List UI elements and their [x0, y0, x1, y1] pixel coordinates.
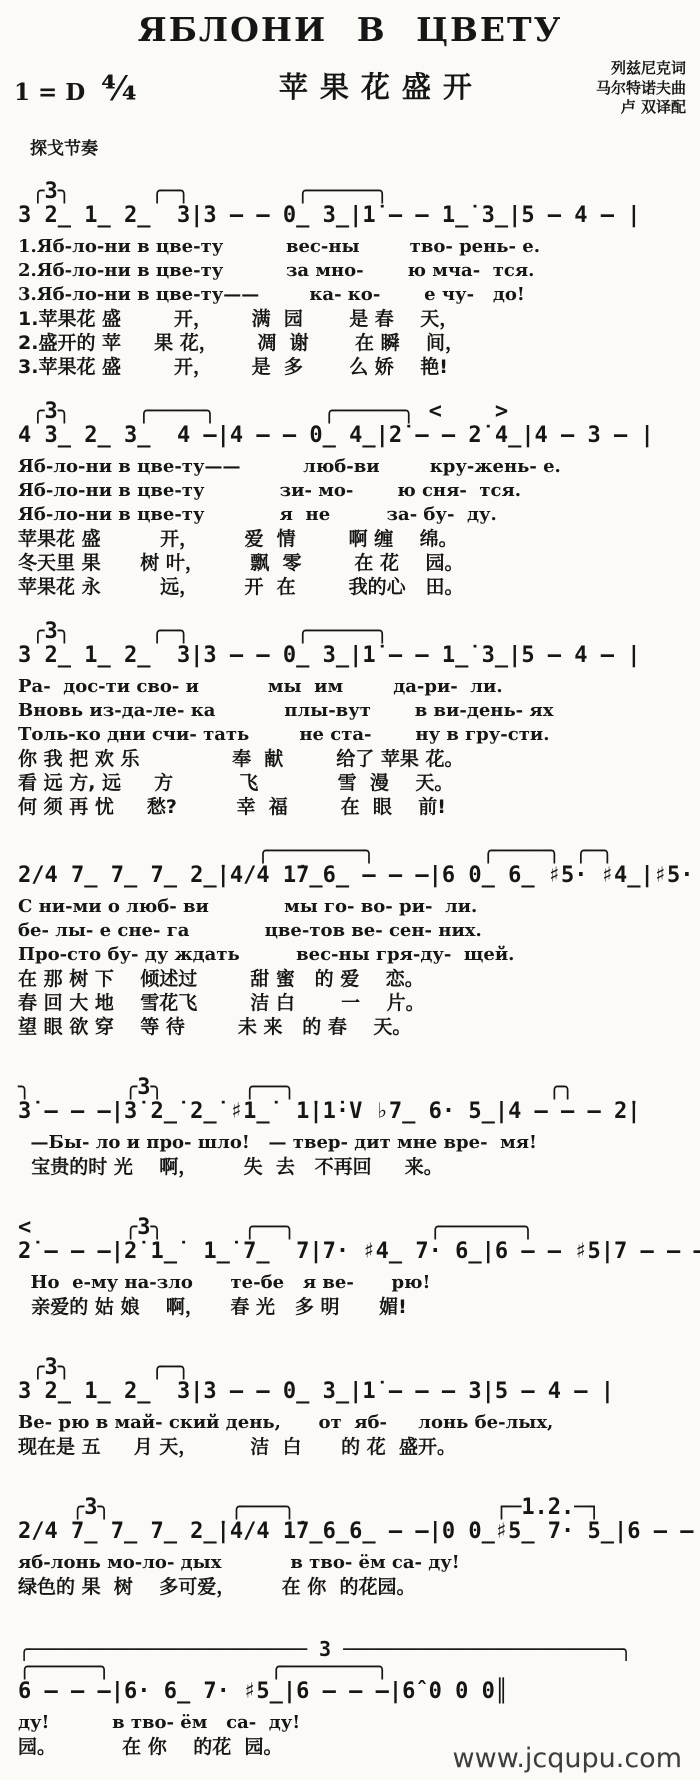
lyric-line-zh: 何 须 再 忧 愁? 幸 福 在 眼 前! — [18, 795, 686, 819]
ornament-line: ╭─────╮ ╭───────╮ — [18, 1659, 686, 1677]
music-line: 2/4 7̲ 7̲ 7̲ 2̲̇|4/4 1̇7̲6̲ — — —|6 0̲ 6… — [18, 861, 686, 891]
music-system-1: ╭3╮ ╭─╮ ╭─────╮ 3 2̲ 1̲ 2̲ 3|3 — — 0̲ 3̲… — [18, 183, 686, 379]
credits: 列兹尼克词 马尔特诺夫曲 卢 双译配 — [596, 53, 686, 118]
ornament-line: ╭───────╮ ╭────╮ ╭─╮ — [18, 843, 686, 861]
lyric-line-ru: —Бы- ло и про- шло! — твер- дит мне вре-… — [18, 1131, 686, 1155]
lyric-line-ru: Ве- рю в май- ский день, от яб- лонь бе-… — [18, 1411, 686, 1435]
tempo-label: 探戈节奏 — [30, 134, 686, 159]
music-line: 3 2̲ 1̲ 2̲ 3|3 — — 0̲ 3̲|1̇ — — 1̲̇ 3̲|5… — [18, 641, 686, 671]
lyric-line-ru: Яб-ло-ни в цве-ту зи- мо- ю сня- тся. — [18, 479, 686, 503]
lyrics-block: Но е-му на-зло те-бе я ве- рю! 亲爱的 姑 娘 啊… — [18, 1271, 686, 1319]
lyric-line-ru: Вновь из-да-ле- ка плы-вут в ви-день- ях — [18, 699, 686, 723]
music-line: 6 — — —|6· 6̲ 7· ♯5̲|6 — — —|6̂ 0 0 0║ — [18, 1677, 686, 1707]
credit-composer: 马尔特诺夫曲 — [596, 79, 686, 99]
lyric-line-ru: С ни-ми о люб- ви мы го- во- ри- ли. — [18, 895, 686, 919]
ornament-line: ╭3╮ ╭─╮ ╭─────╮ — [18, 623, 686, 641]
key-time-signature: 1 = D ⁴⁄₄ — [14, 53, 137, 109]
header-row: 1 = D ⁴⁄₄ 苹果花盛开 列兹尼克词 马尔特诺夫曲 卢 双译配 — [14, 53, 686, 118]
watermark-url: www.jcqupu.com — [453, 1743, 682, 1774]
lyric-line-zh: 3.苹果花 盛 开， 是 多 么 娇 艳! — [18, 355, 686, 379]
ornament-line: ╮ ╭3╮ ╭──╮ ╭╮ — [18, 1079, 686, 1097]
ornament-line: < ╭3╮ ╭──╮ ╭──────╮ — [18, 1219, 686, 1237]
ornament-line: ╭3╮ ╭─╮ ╭─────╮ — [18, 183, 686, 201]
lyric-line-zh: 你 我 把 欢 乐 奉 献 给了 苹果 花。 — [18, 747, 686, 771]
lyric-line-ru: Но е-му на-зло те-бе я ве- рю! — [18, 1271, 686, 1295]
ornament-line: ╭3╮ ╭─╮ — [18, 1359, 686, 1377]
lyric-line-zh: 春 回 大 地 雪花飞 洁 白 一 片。 — [18, 991, 686, 1015]
music-system-4: ╭───────╮ ╭────╮ ╭─╮ 2/4 7̲ 7̲ 7̲ 2̲̇|4/… — [18, 843, 686, 1039]
music-system-9: ╭─────────────────────── 3 ─────────────… — [18, 1639, 686, 1759]
time-signature: ⁴⁄₄ — [101, 69, 136, 109]
lyric-line-zh: 亲爱的 姑 娘 啊， 春 光 多 明 媚! — [18, 1295, 686, 1319]
lyric-line-zh: 2.盛开的 苹 果 花， 凋 谢 在 瞬 间， — [18, 331, 686, 355]
lyric-line-zh: 现在是 五 月 天， 洁 白 的 花 盛开。 — [18, 1435, 686, 1459]
lyric-line-ru: Толь-ко дни счи- тать не ста- ну в гру-с… — [18, 723, 686, 747]
lyric-line-ru: бе- лы- е сне- га цве-тов ве- сен- них. — [18, 919, 686, 943]
lyrics-block: Ра- дос-ти сво- и мы им да-ри- ли. Вновь… — [18, 675, 686, 819]
music-system-3: ╭3╮ ╭─╮ ╭─────╮ 3 2̲ 1̲ 2̲ 3|3 — — 0̲ 3̲… — [18, 623, 686, 819]
ornament-line: ╭3╮ ╭────╮ ╭─────╮ < > — [18, 403, 686, 421]
music-system-2: ╭3╮ ╭────╮ ╭─────╮ < > 4 3̲ 2̲ 3̲ 4 —|4 … — [18, 403, 686, 599]
lyric-line-zh: 在 那 树 下 倾述过 甜 蜜 的 爱 恋。 — [18, 967, 686, 991]
lyric-line-ru: 3.Яб-ло-ни в цве-ту—— ка- ко- е чу- до! — [18, 283, 686, 307]
lyrics-block: яб-лонь мо-ло- дых в тво- ём са- ду! 绿色的… — [18, 1551, 686, 1599]
music-line: 3 2̲ 1̲ 2̲ 3|3 — — 0̲ 3̲|1̇ — — 1̲̇ 3̲|5… — [18, 201, 686, 231]
lyrics-block: —Бы- ло и про- шло! — твер- дит мне вре-… — [18, 1131, 686, 1179]
music-line: 3 2̲ 1̲ 2̲ 3|3 — — 0̲ 3̲|1̇ — — — 3|5 — … — [18, 1377, 686, 1407]
lyric-line-ru: ду! в тво- ём са- ду! — [18, 1711, 686, 1735]
lyric-line-ru: Яб-ло-ни в цве-ту—— люб-ви кру-жень- е. — [18, 455, 686, 479]
lyric-line-zh: 宝贵的时 光 啊， 失 去 不再回 来。 — [18, 1155, 686, 1179]
lyric-line-zh: 望 眼 欲 穿 等 待 未 来 的 春 天。 — [18, 1015, 686, 1039]
music-line: 4 3̲ 2̲ 3̲ 4 —|4 — — 0̲ 4̲|2̇ — — 2̇ 4̲|… — [18, 421, 686, 451]
music-line: 3̇ — — —|3̇ 2̲̇ 2̲̇ ♯1̲̇ 1̇|1̇·V ♭7̲ 6· … — [18, 1097, 686, 1127]
ornament-line-with-volta-1-2: ╭3╮ ╭───╮ ┌─1.2.─┐ — [18, 1499, 686, 1517]
lyric-line-zh: 苹果花 盛 开， 爱 情 啊 缠 绵。 — [18, 527, 686, 551]
music-line: 2/4 7̲ 7̲ 7̲ 2̲̇|4/4 1̇7̲6̲6̲ — —|0 0̲♯5… — [18, 1517, 686, 1547]
music-system-5: ╮ ╭3╮ ╭──╮ ╭╮ 3̇ — — —|3̇ 2̲̇ 2̲̇ ♯1̲̇ 1… — [18, 1079, 686, 1179]
lyrics-block: С ни-ми о люб- ви мы го- во- ри- ли. бе-… — [18, 895, 686, 1039]
lyric-line-ru: Про-сто бу- ду ждать вес-ны гря-ду- щей. — [18, 943, 686, 967]
chinese-title: 苹果花盛开 — [249, 53, 484, 106]
music-system-8: ╭3╮ ╭───╮ ┌─1.2.─┐ 2/4 7̲ 7̲ 7̲ 2̲̇|4/4 … — [18, 1499, 686, 1599]
lyric-line-zh: 冬天里 果 树 叶， 飘 零 在 花 园。 — [18, 551, 686, 575]
lyrics-block: Ве- рю в май- ский день, от яб- лонь бе-… — [18, 1411, 686, 1459]
russian-title: ЯБЛОНИ В ЦВЕТУ — [14, 10, 686, 49]
lyrics-block: 1.Яб-ло-ни в цве-ту вес-ны тво- рень- е.… — [18, 235, 686, 379]
lyric-line-zh: 看 远 方, 远 方 飞 雪 漫 天。 — [18, 771, 686, 795]
lyric-line-zh: 苹果花 永 远， 开 在 我的心 田。 — [18, 575, 686, 599]
key-signature: 1 = D — [14, 79, 85, 106]
lyric-line-ru: яб-лонь мо-ло- дых в тво- ём са- ду! — [18, 1551, 686, 1575]
lyric-line-ru: 2.Яб-ло-ни в цве-ту за мно- ю мча- тся. — [18, 259, 686, 283]
lyrics-block: Яб-ло-ни в цве-ту—— люб-ви кру-жень- е. … — [18, 455, 686, 599]
lyric-line-ru: Ра- дос-ти сво- и мы им да-ри- ли. — [18, 675, 686, 699]
music-system-6: < ╭3╮ ╭──╮ ╭──────╮ 2̇ — — —|2̇ 1̲̇ 1̲̇ … — [18, 1219, 686, 1319]
music-line: 2̇ — — —|2̇ 1̲̇ 1̲̇ 7̲ 7|7· ♯4̲ 7· 6̲|6 … — [18, 1237, 686, 1267]
lyric-line-zh: 绿色的 果 树 多可爱， 在 你 的花园。 — [18, 1575, 686, 1599]
credit-translator: 卢 双译配 — [596, 98, 686, 118]
lyric-line-zh: 1.苹果花 盛 开， 满 园 是 春 天， — [18, 307, 686, 331]
credit-lyricist: 列兹尼克词 — [596, 59, 686, 79]
sheet-music-page: ЯБЛОНИ В ЦВЕТУ 1 = D ⁴⁄₄ 苹果花盛开 列兹尼克词 马尔特… — [0, 0, 700, 1780]
lyric-line-ru: 1.Яб-ло-ни в цве-ту вес-ны тво- рень- е. — [18, 235, 686, 259]
music-system-7: ╭3╮ ╭─╮ 3 2̲ 1̲ 2̲ 3|3 — — 0̲ 3̲|1̇ — — … — [18, 1359, 686, 1459]
lyric-line-ru: Яб-ло-ни в цве-ту я не за- бу- ду. — [18, 503, 686, 527]
